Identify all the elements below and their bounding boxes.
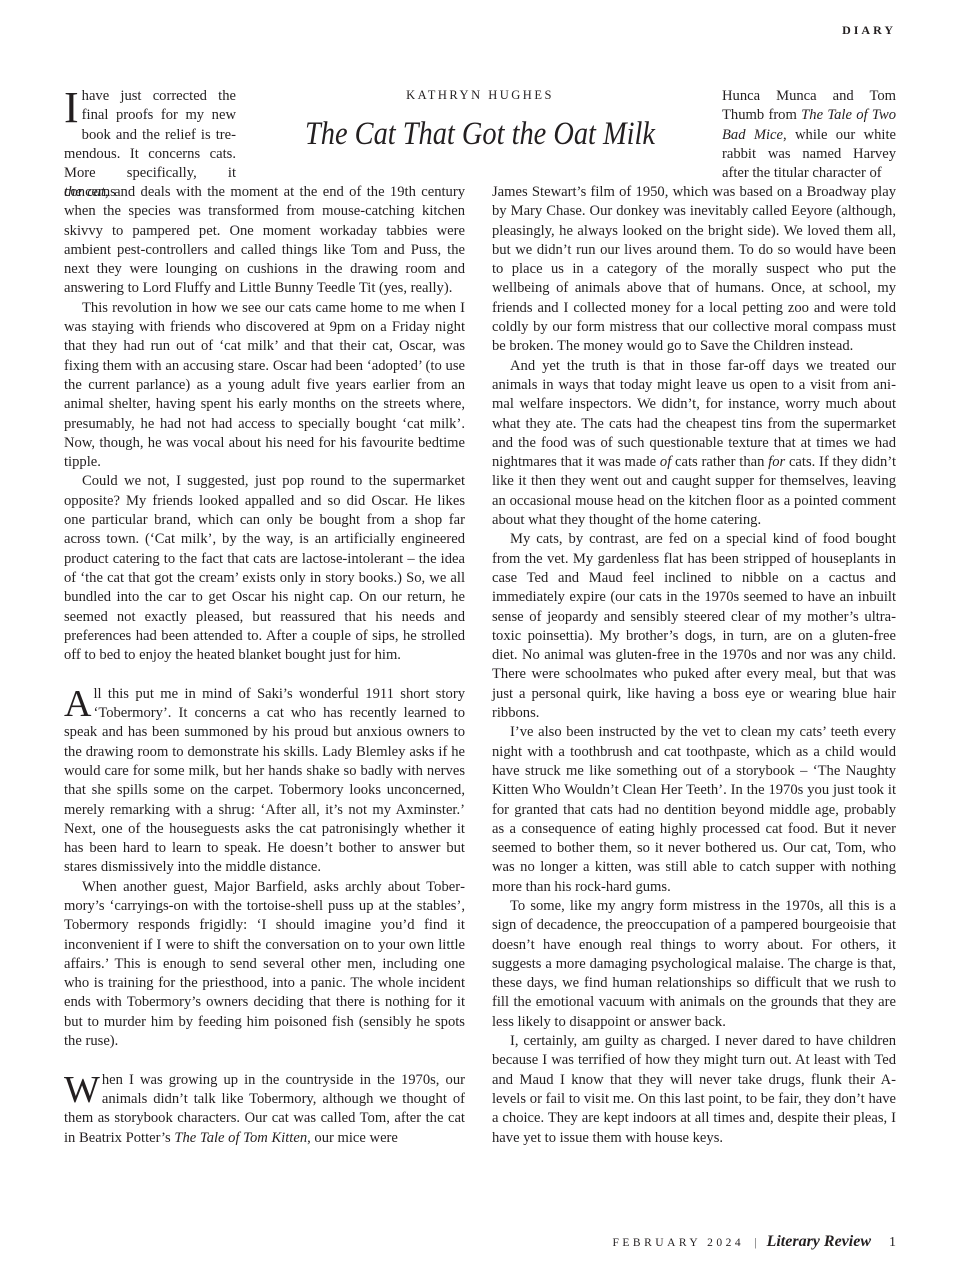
paragraph: And yet the truth is that in those far-o…	[492, 357, 896, 531]
paragraph: I’ve also been instructed by the vet to …	[492, 723, 896, 897]
paragraph: the cat, and deals with the moment at th…	[64, 183, 465, 299]
paragraph: When I was growing up in the countryside…	[64, 1071, 465, 1148]
paragraph: My cats, by contrast, are fed on a speci…	[492, 530, 896, 723]
paragraph: When another guest, Major Barfield, asks…	[64, 878, 465, 1052]
left-column: the cat, and deals with the moment at th…	[64, 183, 465, 1148]
paragraph: To some, like my angry form mistress in …	[492, 897, 896, 1032]
paragraph: James Stewart’s film of 1950, which was …	[492, 183, 896, 357]
paragraph: I, certainly, am guilty as charged. I ne…	[492, 1032, 896, 1148]
publication-name: Literary Review	[767, 1233, 871, 1251]
right-column: James Stewart’s film of 1950, which was …	[492, 183, 896, 1148]
article-title: The Cat That Got the Oat Milk	[282, 113, 678, 155]
drop-cap: W	[64, 1074, 100, 1106]
issue-date: FEBRUARY 2024	[613, 1237, 745, 1249]
paragraph: This revolution in how we see our cats c…	[64, 299, 465, 473]
paragraph: All this put me in mind of Saki’s wonder…	[64, 685, 465, 878]
page-footer: FEBRUARY 2024 | Literary Review 1	[613, 1233, 897, 1251]
drop-cap: I	[64, 90, 79, 126]
right-intro-column: Hunca Munca and Tom Thumb from The Tale …	[722, 87, 896, 183]
author-byline: KATHRYN HUGHES	[262, 88, 698, 103]
drop-cap: A	[64, 688, 91, 720]
footer-separator: |	[754, 1235, 756, 1250]
page-number: 1	[889, 1235, 896, 1251]
paragraph: Could we not, I suggested, just pop roun…	[64, 472, 465, 665]
section-label: DIARY	[842, 23, 896, 38]
